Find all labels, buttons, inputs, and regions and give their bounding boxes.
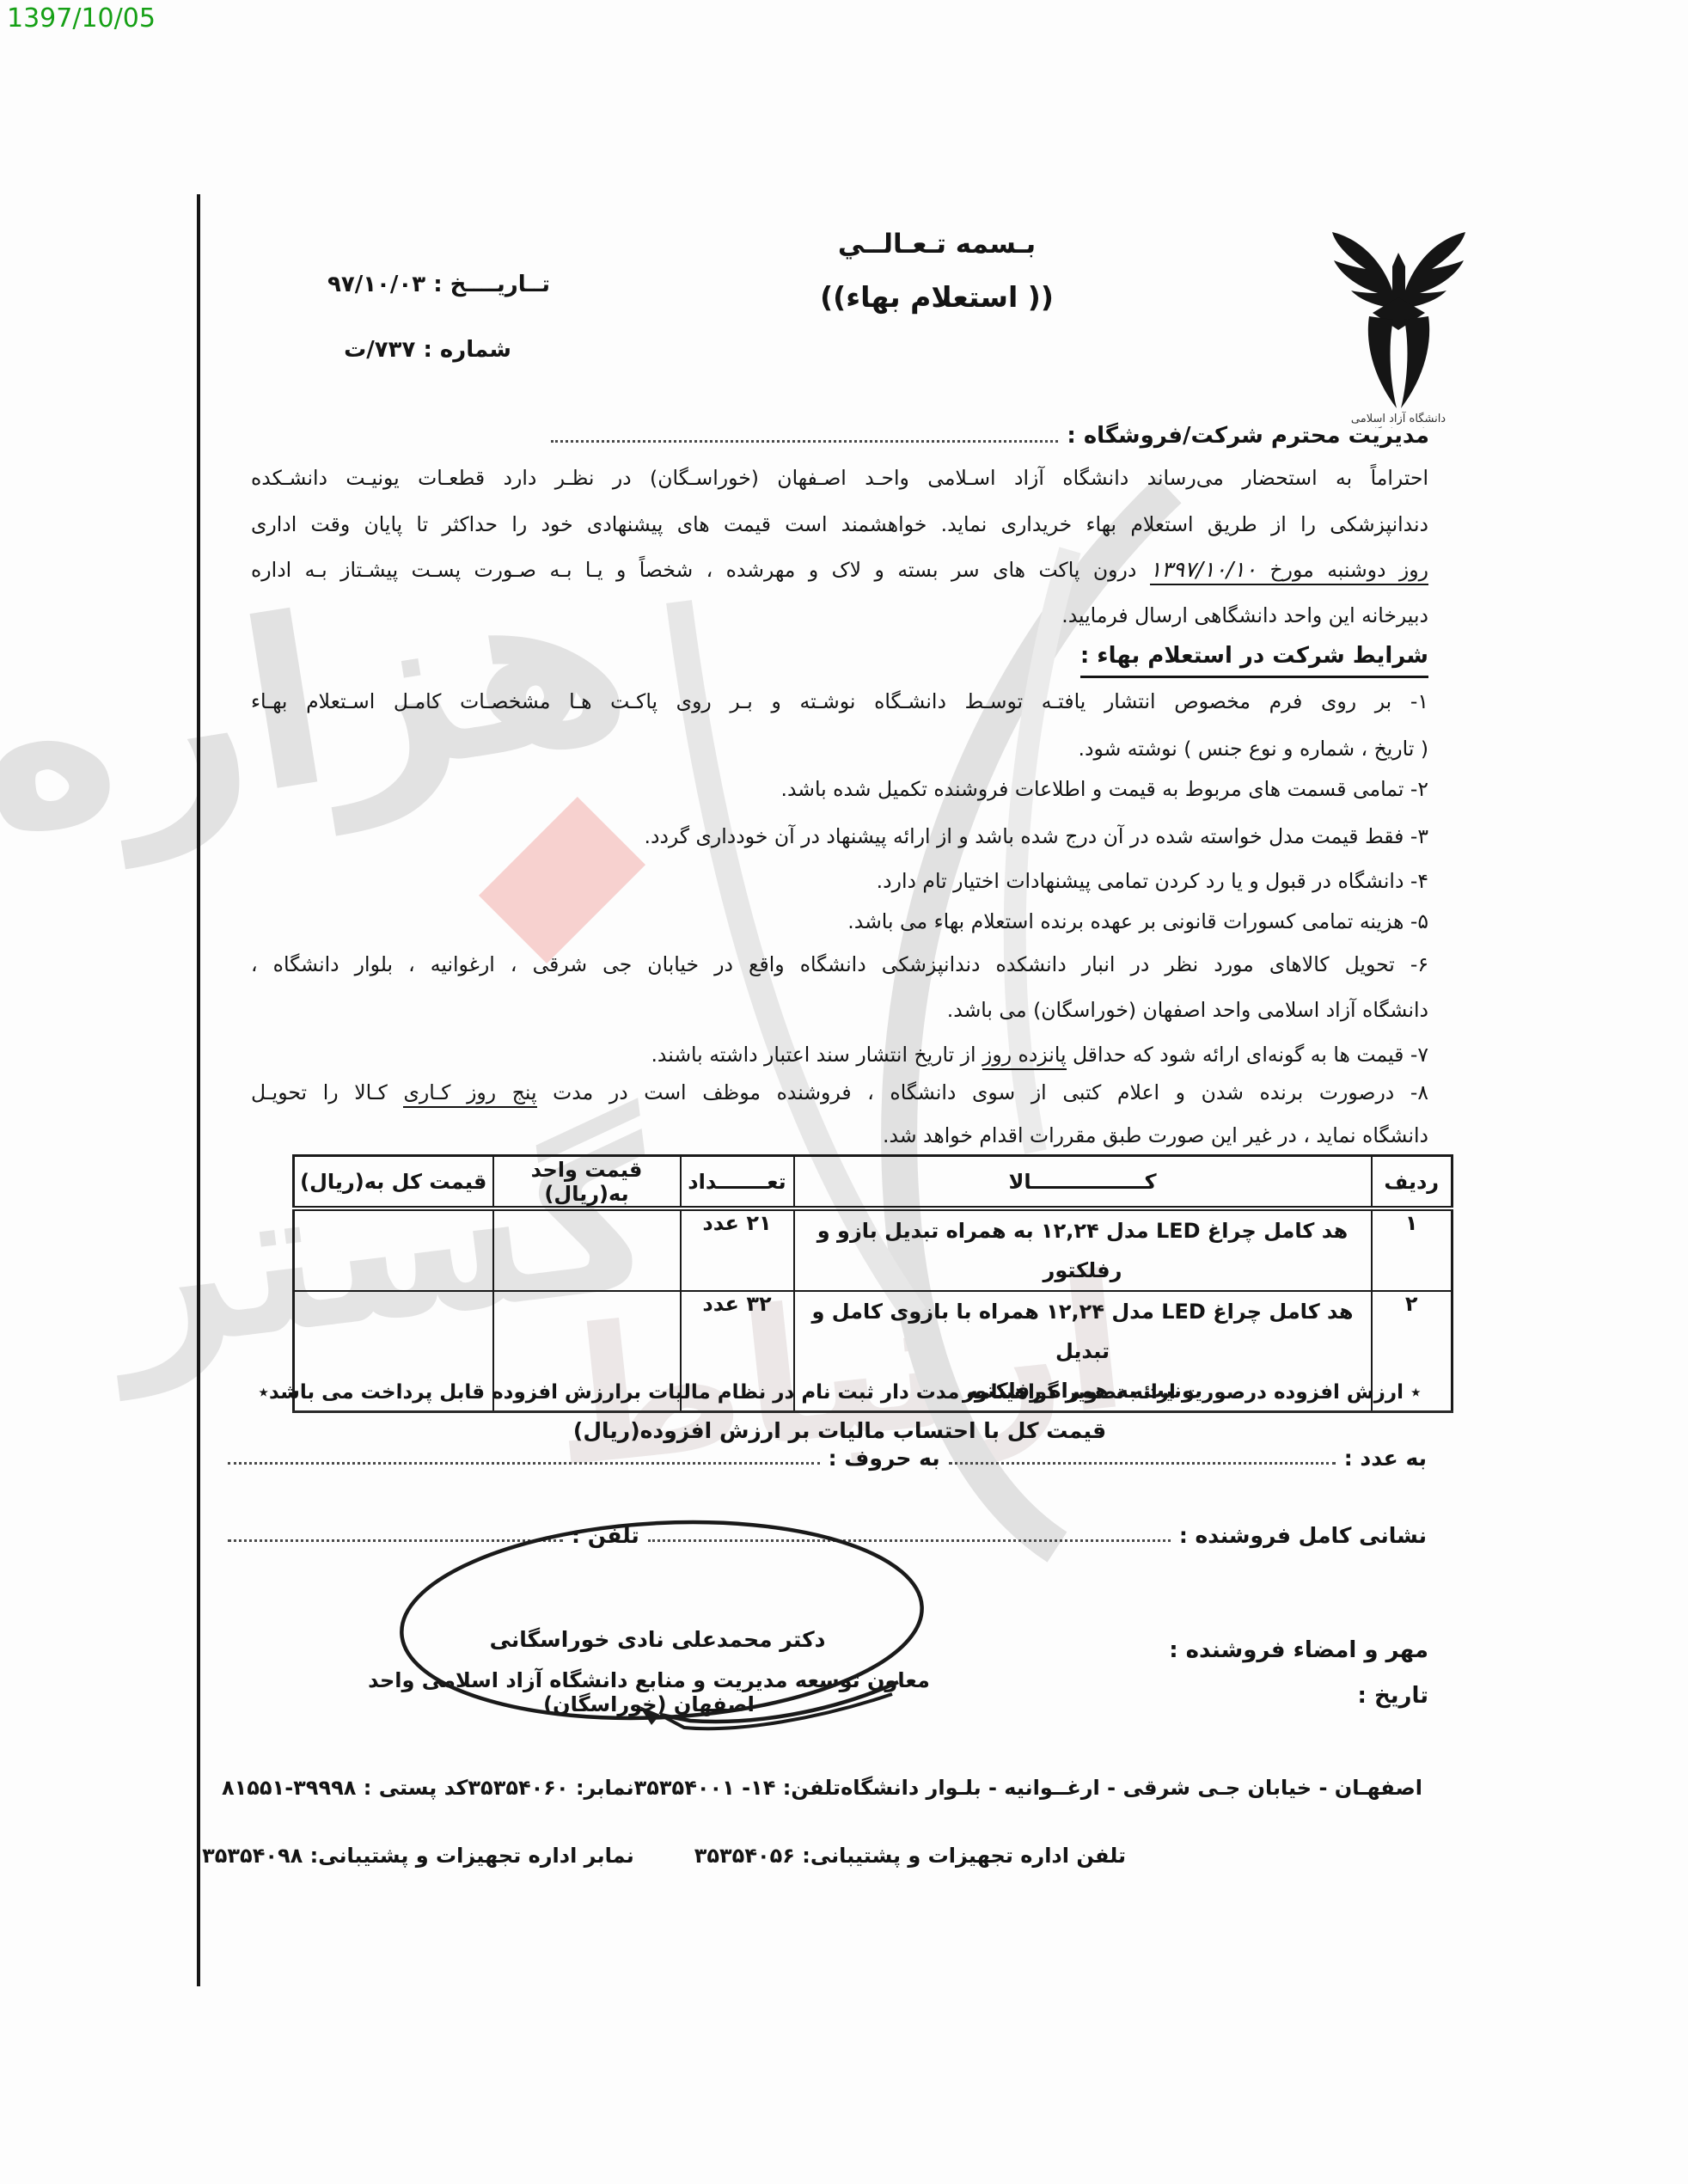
table-header-row: ردیف کــــــــــــــــالا تعـــــــداد ق… bbox=[294, 1156, 1453, 1209]
besmele: بـسمه تـعـالــي bbox=[731, 229, 1143, 260]
condition-8-line-1: ۸- درصورت برنده شدن و اعلام کتبی از سوی … bbox=[251, 1077, 1428, 1108]
table-row: ۱ هد کامل چراغ LED مدل ۱۲,۲۴ به همراه تب… bbox=[294, 1208, 1453, 1291]
header-date-label: تــاريــــخ : bbox=[433, 272, 550, 297]
row1-no: ۱ bbox=[1372, 1208, 1453, 1291]
seller-seal-label: مهر و امضاء فروشنده : bbox=[1031, 1637, 1428, 1663]
footer-postal-label: کد پستی : bbox=[364, 1776, 468, 1800]
footer-phone-label: تلفن: bbox=[783, 1776, 841, 1800]
condition-7-post: از تاریخ انتشار سند اعتبار داشته باشند. bbox=[651, 1043, 982, 1067]
recipient-line: مدیریت محترم شرکت/فروشگاه : bbox=[254, 423, 1429, 449]
footer-support-fax: نمابر اداره تجهیزات و پشتیبانی: ۳۵۳۵۴۰۹۸ bbox=[202, 1844, 634, 1868]
signature-stroke bbox=[370, 1491, 954, 1749]
header-date-value: ۹۷/۱۰/۰۳ bbox=[327, 272, 425, 297]
col-header-qty: تعـــــــداد bbox=[681, 1156, 794, 1209]
intro-line-3: روز دوشنبه مورخ ۱۳۹۷/۱۰/۱۰ درون پاکت های… bbox=[251, 554, 1428, 585]
condition-7: ۷- قیمت ها به گونه‌ای ارائه شود که حداقل… bbox=[251, 1039, 1428, 1070]
conditions-title: شرایط شرکت در استعلام بهاء : bbox=[251, 640, 1428, 678]
amount-words-fill bbox=[228, 1447, 820, 1465]
condition-8-pre: ۸- درصورت برنده شدن و اعلام کتبی از سوی … bbox=[537, 1080, 1428, 1104]
seller-address-label: نشانی کامل فروشنده : bbox=[1179, 1523, 1427, 1548]
footer-support-phone: تلفن اداره تجهیزات و پشتیبانی: ۳۵۳۵۴۰۵۶ bbox=[694, 1844, 1126, 1868]
header-number: شماره : ۷۳۷/ت bbox=[292, 337, 511, 363]
condition-6-line-1: ۶- تحویل کالاهای مورد نظر در انبار دانشک… bbox=[251, 949, 1428, 980]
condition-6-line-2: دانشگاه آزاد اسلامی واحد اصفهان (خوراسگا… bbox=[251, 994, 1428, 1025]
viewer-date-stamp: 1397/10/05 bbox=[7, 3, 156, 34]
seller-date-label: تاریخ : bbox=[1031, 1683, 1428, 1709]
intro-line-1: احتراماً به استحضار می‌رساند دانشگاه آزا… bbox=[251, 462, 1478, 493]
intro-line-4: دبیرخانه این واحد دانشگاهی ارسال فرمایید… bbox=[251, 600, 1428, 631]
condition-3: ۳- فقط قیمت مدل خواسته شده در آن درج شده… bbox=[251, 821, 1428, 852]
row1-item: هد کامل چراغ LED مدل ۱۲,۲۴ به همراه تبدی… bbox=[794, 1208, 1372, 1291]
row1-total-price-cell bbox=[294, 1208, 493, 1291]
intro-underlined-phrase: روز دوشنبه مورخ bbox=[1257, 558, 1428, 585]
condition-8-post: کـالا را تحویـل bbox=[251, 1080, 403, 1104]
header-date: تــاريــــخ : ۹۷/۱۰/۰۳ bbox=[292, 272, 550, 297]
footer-address: اصفهـان - خیابان جـی شرقی - ارغــوانیه -… bbox=[841, 1776, 1422, 1800]
row1-qty: ۲۱ عدد bbox=[681, 1208, 794, 1291]
vat-note: ٭ ارزش افزوده درصورت ارائه تصویر گواهینا… bbox=[251, 1377, 1428, 1408]
condition-2: ۲- تمامی قسمت های مربوط به قیمت و اطلاعا… bbox=[251, 774, 1428, 804]
condition-1-line-1: ۱- بر روی فرم مخصوص انتشار یافتـه توسـط … bbox=[251, 686, 1428, 717]
col-header-total-price: قیمت کل به(ریال) bbox=[294, 1156, 493, 1209]
footer-fax: نمابر: ۳۵۳۵۴۰۶۰ bbox=[468, 1776, 633, 1800]
row2-item-line1: هد کامل چراغ LED مدل ۱۲,۲۴ همراه با بازو… bbox=[795, 1292, 1371, 1371]
footer-phone-value: ۱۴- ۳۵۳۵۴۰۰۱ bbox=[634, 1776, 776, 1800]
footer-support-line: تلفن اداره تجهیزات و پشتیبانی: ۳۵۳۵۴۰۵۶ … bbox=[219, 1844, 1427, 1868]
amount-words-label: به حروف : bbox=[829, 1446, 940, 1471]
recipient-fill-line bbox=[551, 425, 1058, 443]
footer-postal: کد پستی : ۸۱۵۵۱-۳۹۹۹۸ bbox=[222, 1776, 468, 1800]
scan-page-edge bbox=[197, 194, 200, 1986]
footer-phone: تلفن: ۱۴- ۳۵۳۵۴۰۰۱ bbox=[634, 1776, 841, 1800]
col-header-unit-price: قیمت واحد به(ریال) bbox=[493, 1156, 681, 1209]
row1-unit-price-cell bbox=[493, 1208, 681, 1291]
col-header-item: کــــــــــــــــالا bbox=[794, 1156, 1372, 1209]
col-header-row-no: ردیف bbox=[1372, 1156, 1453, 1209]
items-table: ردیف کــــــــــــــــالا تعـــــــداد ق… bbox=[292, 1154, 1453, 1413]
condition-7-underlined: پانزده روز bbox=[982, 1043, 1067, 1070]
amount-numeric-fill bbox=[949, 1447, 1336, 1465]
footer-address-line: اصفهـان - خیابان جـی شرقی - ارغــوانیه -… bbox=[266, 1776, 1422, 1800]
header-number-value: ۷۳۷/ت bbox=[344, 337, 415, 363]
intro-line-3-rest: درون پاکت های سر بسته و لاک و مهرشده ، ش… bbox=[251, 558, 1150, 582]
document-page: هزاره گستر ارتباط 1397/10/05 دانشگاه آزا bbox=[0, 0, 1688, 2184]
recipient-label: مدیریت محترم شرکت/فروشگاه : bbox=[1067, 423, 1429, 449]
condition-5: ۵- هزینه تمامی کسورات قانونی بر عهده برن… bbox=[251, 906, 1428, 937]
condition-8-line-2: دانشگاه نماید ، در غیر این صورت طبق مقرر… bbox=[251, 1120, 1428, 1151]
document-content: 1397/10/05 دانشگاه آزاد اسلامی واحد خورا… bbox=[0, 0, 1688, 2184]
condition-8-underlined: پنج روز کـاری bbox=[403, 1080, 536, 1108]
condition-7-pre: ۷- قیمت ها به گونه‌ای ارائه شود که حداقل bbox=[1067, 1043, 1428, 1067]
condition-4: ۴- دانشگاه در قبول و یا رد کردن تمامی پی… bbox=[251, 866, 1428, 896]
university-logo: دانشگاه آزاد اسلامی واحد خوراسگان bbox=[1319, 213, 1478, 428]
intro-underlined-date: ۱۳۹۷/۱۰/۱۰ bbox=[1150, 557, 1257, 585]
document-title: (( استعلام بهاء)) bbox=[756, 280, 1117, 314]
intro-line-2: دندانپزشکی را از طریق استعلام بهاء خریدا… bbox=[251, 509, 1428, 540]
amount-line: به عدد : به حروف : bbox=[219, 1446, 1427, 1471]
total-with-vat-label: قیمت کل با احتساب مالیات بر ارزش افزوده(… bbox=[251, 1416, 1428, 1447]
header-number-label: شماره : bbox=[423, 337, 511, 363]
condition-1-line-2: ( تاریخ ، شماره و نوع جنس ) نوشته شود. bbox=[251, 733, 1688, 764]
footer-postal-value: ۸۱۵۵۱-۳۹۹۹۸ bbox=[222, 1776, 356, 1800]
amount-numeric-label: به عدد : bbox=[1344, 1446, 1427, 1471]
